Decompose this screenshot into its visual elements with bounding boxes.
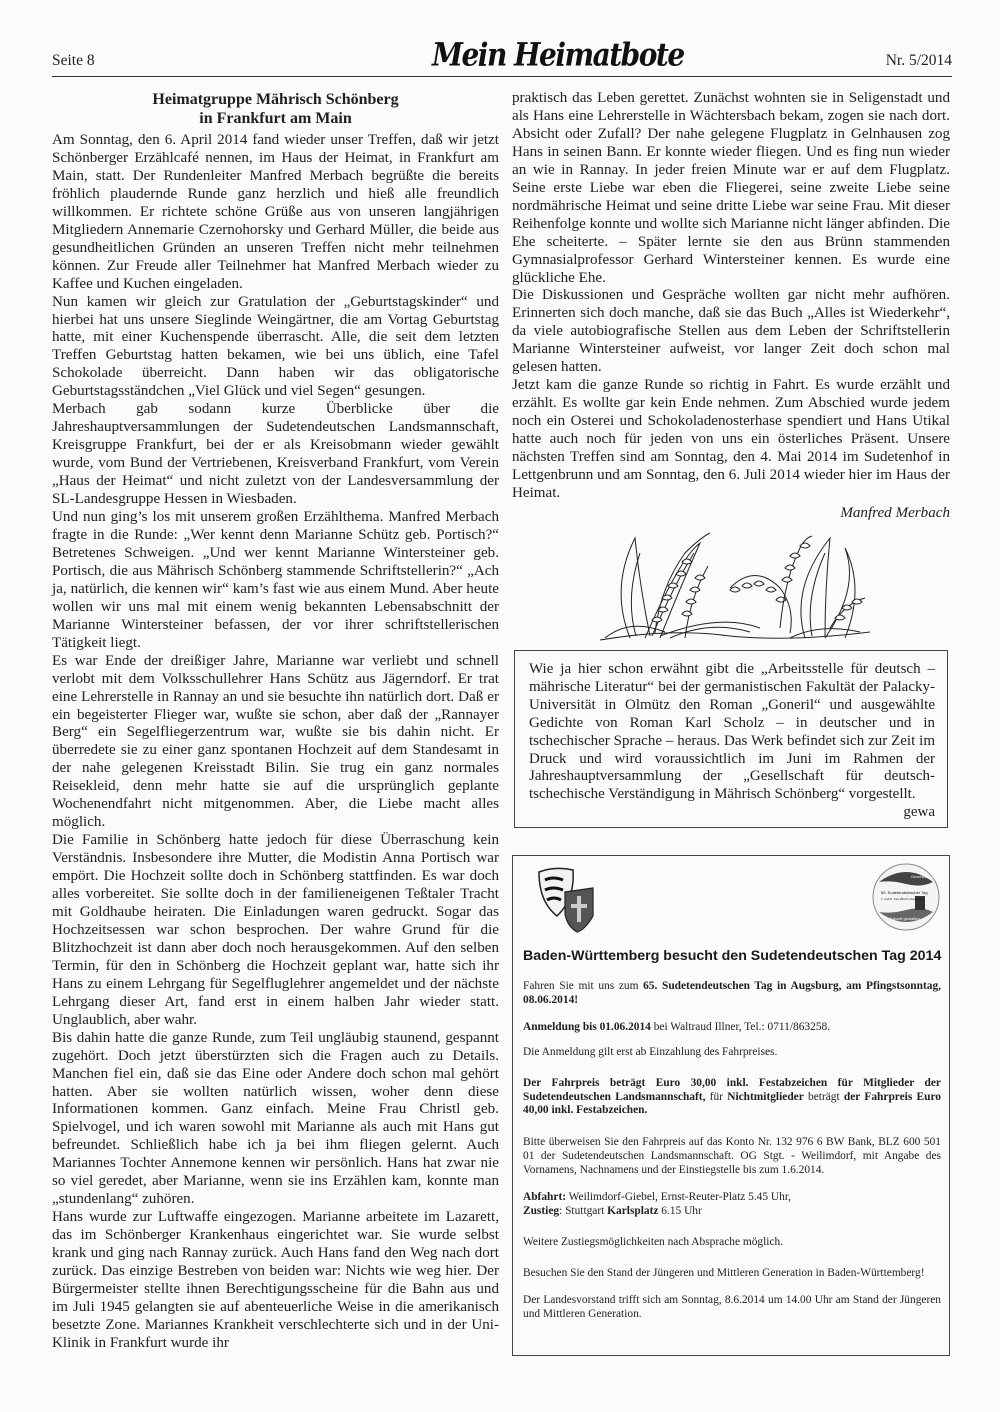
article-paragraph: Merbach gab sodann kurze Überblicke über… [52,401,499,509]
page-header: Seite 8 Mein Heimatbote Nr. 5/2014 [52,44,952,78]
article-title-line1: Heimatgruppe Mährisch Schönberg [52,90,499,109]
announcement-title: Baden-Württemberg besucht den Sudetendeu… [523,948,943,964]
article-paragraph: Am Sonntag, den 6. April 2014 fand wiede… [52,132,499,294]
article-paragraph: Es war Ende der dreißiger Jahre, Mariann… [52,653,499,833]
masthead-logo: Mein Heimatbote [432,36,684,74]
announcement-departure: Abfahrt: Weilimdorf-Giebel, Ernst-Reuter… [523,1191,941,1219]
announcement-paragraph: Der Fahrpreis beträgt Euro 30,00 inkl. F… [523,1077,941,1119]
announcement-paragraph: Anmeldung bis 01.06.2014 bei Waltraud Il… [523,1021,941,1035]
article-paragraph: Bis dahin hatte die ganze Runde, zum Tei… [52,1030,499,1210]
badge-middle-text: 65. Sudetendeutscher Tag [881,890,928,895]
article-title-line2: in Frankfurt am Main [52,109,499,128]
announcement-paragraph: Bitte überweisen Sie den Fahrpreis auf d… [523,1136,941,1178]
announcement-paragraph: Der Landesvorstand trifft sich am Sonnta… [523,1294,941,1322]
article-paragraph: Nun kamen wir gleich zur Gratulation der… [52,294,499,402]
article-paragraph: Die Diskussionen und Gespräche wollten g… [512,287,950,377]
notice-box: Wie ja hier schon erwähnt gibt die „Arbe… [514,650,948,828]
announcement-body: Fahren Sie mit uns zum 65. Sudetendeutsc… [523,980,941,1335]
announcement-paragraph: Fahren Sie mit uns zum 65. Sudetendeutsc… [523,980,941,1008]
notice-text: Wie ja hier schon erwähnt gibt die „Arbe… [529,661,935,804]
header-rule [52,76,952,77]
article-paragraph: Hans wurde zur Luftwaffe eingezogen. Mar… [52,1209,499,1353]
article-paragraph: Die Familie in Schönberg hatte jedoch fü… [52,832,499,1029]
article-paragraph: Und nun ging’s los mit unserem großen Er… [52,509,499,653]
issue-number: Nr. 5/2014 [886,52,952,70]
article-author: Manfred Merbach [512,505,950,523]
sudetendeutscher-tag-badge-icon: Geschichte verstehen 65. Sudetendeutsche… [871,862,941,932]
lily-of-the-valley-icon [590,528,880,646]
article-paragraph: Jetzt kam die ganze Runde so richtig in … [512,377,950,503]
announcement-paragraph: Besuchen Sie den Stand der Jüngeren und … [523,1267,941,1281]
announcement-paragraph: Weitere Zustiegsmöglichkeiten nach Abspr… [523,1236,941,1250]
announcement-paragraph: Die Anmeldung gilt erst ab Einzahlung de… [523,1046,941,1060]
coat-of-arms-icon [535,864,605,934]
article-column-right: praktisch das Leben gerettet. Zunächst w… [512,90,950,523]
badge-bottom-text: Zukunft gestalten [889,916,920,921]
event-announcement-box: Geschichte verstehen 65. Sudetendeutsche… [512,855,950,1356]
page-number: Seite 8 [52,52,95,70]
badge-sub-text: 7. und 8. Juni 2014 in Augsburg [881,897,924,901]
badge-top-text: Geschichte verstehen [911,874,941,879]
article-title: Heimatgruppe Mährisch Schönberg in Frank… [52,90,499,128]
article-column-left: Heimatgruppe Mährisch Schönberg in Frank… [52,90,499,1353]
notice-signature: gewa [529,804,935,822]
article-paragraph: praktisch das Leben gerettet. Zunächst w… [512,90,950,287]
